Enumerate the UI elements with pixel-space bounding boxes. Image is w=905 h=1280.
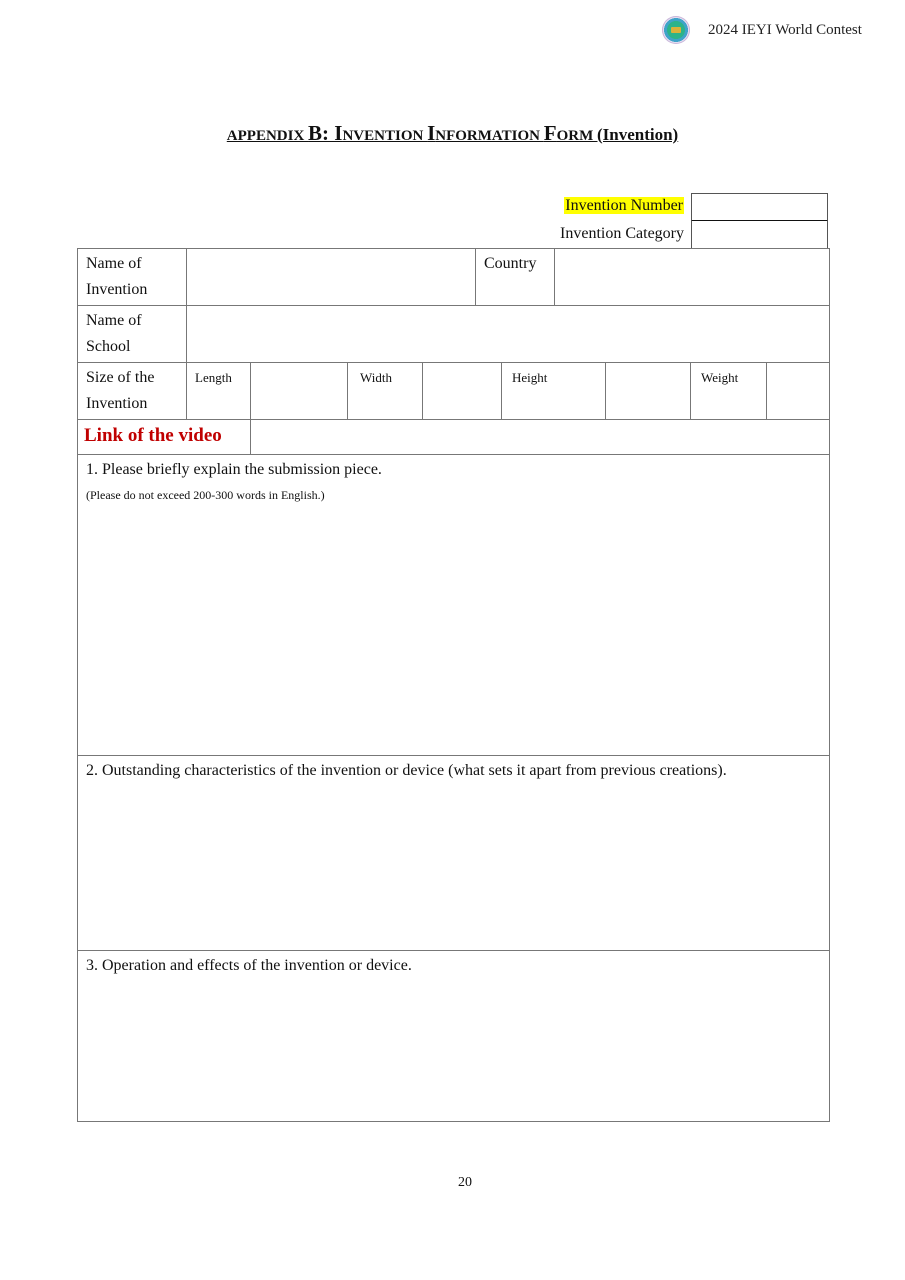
length-label: Length: [187, 363, 251, 420]
question-3-field[interactable]: 3. Operation and effects of the inventio…: [78, 951, 830, 1122]
title-fragment: APPENDIX: [227, 128, 308, 144]
name-of-school-label: Name ofSchool: [78, 306, 187, 363]
question-2-label: 2. Outstanding characteristics of the in…: [86, 758, 821, 784]
question-2-field[interactable]: 2. Outstanding characteristics of the in…: [78, 756, 830, 951]
height-label: Height: [502, 363, 606, 420]
row-name-of-invention: Name ofInvention Country: [78, 249, 830, 306]
question-1-label: 1. Please briefly explain the submission…: [86, 457, 821, 483]
question-1-field[interactable]: 1. Please briefly explain the submission…: [78, 455, 830, 756]
title-fragment: NVENTION: [342, 128, 427, 144]
invention-information-form: Name ofInvention Country Name ofSchool S…: [77, 248, 830, 1122]
row-size: Size of theInvention Length Width Height…: [78, 363, 830, 420]
row-question-1: 1. Please briefly explain the submission…: [78, 455, 830, 756]
label-line: Invention: [86, 395, 147, 412]
row-question-3: 3. Operation and effects of the inventio…: [78, 951, 830, 1122]
contest-name: 2024 IEYI World Contest: [708, 22, 862, 39]
title-fragment: NFORMATION: [435, 128, 543, 144]
length-field[interactable]: [251, 363, 348, 420]
label-line: Name of: [86, 255, 142, 272]
name-of-school-field[interactable]: [187, 306, 830, 363]
country-field[interactable]: [555, 249, 830, 306]
video-link-label: Link of the video: [78, 420, 251, 455]
page-title: APPENDIX B: INVENTION INFORMATION FORM (…: [0, 121, 905, 146]
invention-category-label: Invention Category: [560, 225, 684, 243]
weight-field[interactable]: [767, 363, 830, 420]
invention-number-field[interactable]: [691, 193, 828, 222]
title-fragment: ORM: [557, 128, 597, 144]
label-line: Name of: [86, 312, 142, 329]
title-fragment: B: I: [308, 121, 342, 145]
question-1-note: (Please do not exceed 200-300 words in E…: [86, 483, 821, 507]
height-field[interactable]: [606, 363, 691, 420]
title-fragment: F: [544, 121, 557, 145]
row-video-link: Link of the video: [78, 420, 830, 455]
country-label: Country: [476, 249, 555, 306]
ieyi-globe-logo-icon: [662, 16, 690, 44]
title-fragment: (Invention): [597, 125, 678, 144]
weight-label: Weight: [691, 363, 767, 420]
video-link-field[interactable]: [251, 420, 830, 455]
name-of-invention-field[interactable]: [187, 249, 476, 306]
label-line: Invention: [86, 281, 147, 298]
page-number: 20: [0, 1175, 905, 1191]
page-header: 2024 IEYI World Contest: [662, 16, 862, 44]
invention-number-label-text: Invention Number: [564, 197, 684, 214]
label-line: Size of the: [86, 369, 154, 386]
label-line: School: [86, 338, 130, 355]
width-field[interactable]: [423, 363, 502, 420]
name-of-invention-label: Name ofInvention: [78, 249, 187, 306]
size-label: Size of theInvention: [78, 363, 187, 420]
row-question-2: 2. Outstanding characteristics of the in…: [78, 756, 830, 951]
question-3-label: 3. Operation and effects of the inventio…: [86, 953, 821, 979]
row-name-of-school: Name ofSchool: [78, 306, 830, 363]
invention-number-label: Invention Number: [564, 197, 684, 215]
invention-category-field[interactable]: [691, 221, 828, 249]
width-label: Width: [348, 363, 423, 420]
